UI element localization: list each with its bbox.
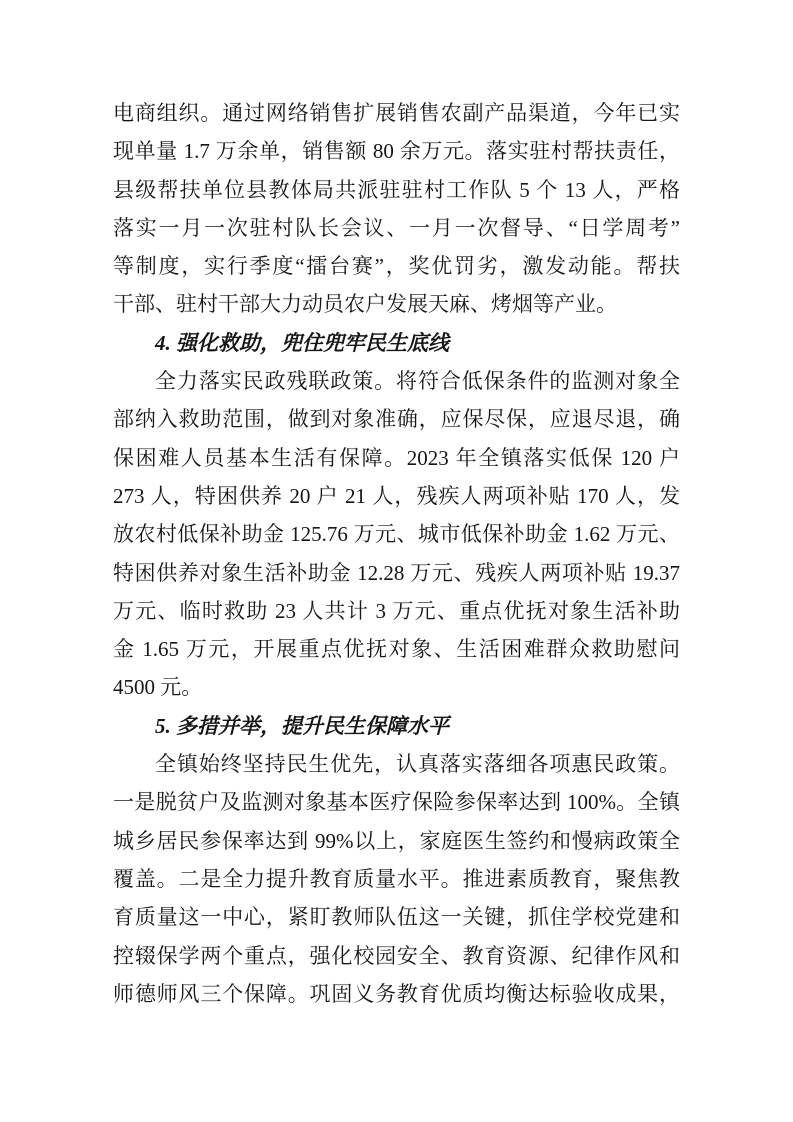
text-line: 电商组织。通过网络销售扩展销售农副产品渠道，今年已实 <box>113 94 680 132</box>
text-line: 全力落实民政残联政策。将符合低保条件的监测对象全 <box>113 362 680 400</box>
text-line: 4500 元。 <box>113 668 680 706</box>
text-line: 部纳入救助范围，做到对象准确，应保尽保，应退尽退，确 <box>113 400 680 438</box>
text-line: 放农村低保补助金 125.76 万元、城市低保补助金 1.62 万元、 <box>113 515 680 553</box>
text-line: 师德师风三个保障。巩固义务教育优质均衡达标验收成果， <box>113 975 680 1013</box>
text-line: 保困难人员基本生活有保障。2023 年全镇落实低保 120 户 <box>113 439 680 477</box>
page-text-area: 电商组织。通过网络销售扩展销售农副产品渠道，今年已实 现单量 1.7 万余单，销… <box>113 94 680 1013</box>
text-line: 现单量 1.7 万余单，销售额 80 余万元。落实驻村帮扶责任， <box>113 132 680 170</box>
text-line: 特困供养对象生活补助金 12.28 万元、残疾人两项补贴 19.37 <box>113 554 680 592</box>
text-line: 干部、驻村干部大力动员农户发展天麻、烤烟等产业。 <box>113 285 680 323</box>
text-line: 县级帮扶单位县教体局共派驻驻村工作队 5 个 13 人，严格 <box>113 171 680 209</box>
text-line: 落实一月一次驻村队长会议、一月一次督导、“日学周考” <box>113 209 680 247</box>
document-page: 电商组织。通过网络销售扩展销售农副产品渠道，今年已实 现单量 1.7 万余单，销… <box>0 0 793 1122</box>
text-line: 覆盖。二是全力提升教育质量水平。推进素质教育，聚焦教 <box>113 860 680 898</box>
section-5-heading: 5. 多措并举，提升民生保障水平 <box>113 707 680 745</box>
text-line: 一是脱贫户及监测对象基本医疗保险参保率达到 100%。全镇 <box>113 783 680 821</box>
text-line: 城乡居民参保率达到 99%以上，家庭医生签约和慢病政策全 <box>113 822 680 860</box>
text-line: 273 人，特困供养 20 户 21 人，残疾人两项补贴 170 人，发 <box>113 477 680 515</box>
text-line: 等制度，实行季度“擂台赛”，奖优罚劣，激发动能。帮扶 <box>113 247 680 285</box>
text-line: 万元、临时救助 23 人共计 3 万元、重点优抚对象生活补助 <box>113 592 680 630</box>
section-4-heading: 4. 强化救助，兜住兜牢民生底线 <box>113 324 680 362</box>
text-line: 金 1.65 万元，开展重点优抚对象、生活困难群众救助慰问 <box>113 630 680 668</box>
text-line: 控辍保学两个重点，强化校园安全、教育资源、纪律作风和 <box>113 937 680 975</box>
text-line: 育质量这一中心，紧盯教师队伍这一关键，抓住学校党建和 <box>113 898 680 936</box>
text-line: 全镇始终坚持民生优先，认真落实落细各项惠民政策。 <box>113 745 680 783</box>
